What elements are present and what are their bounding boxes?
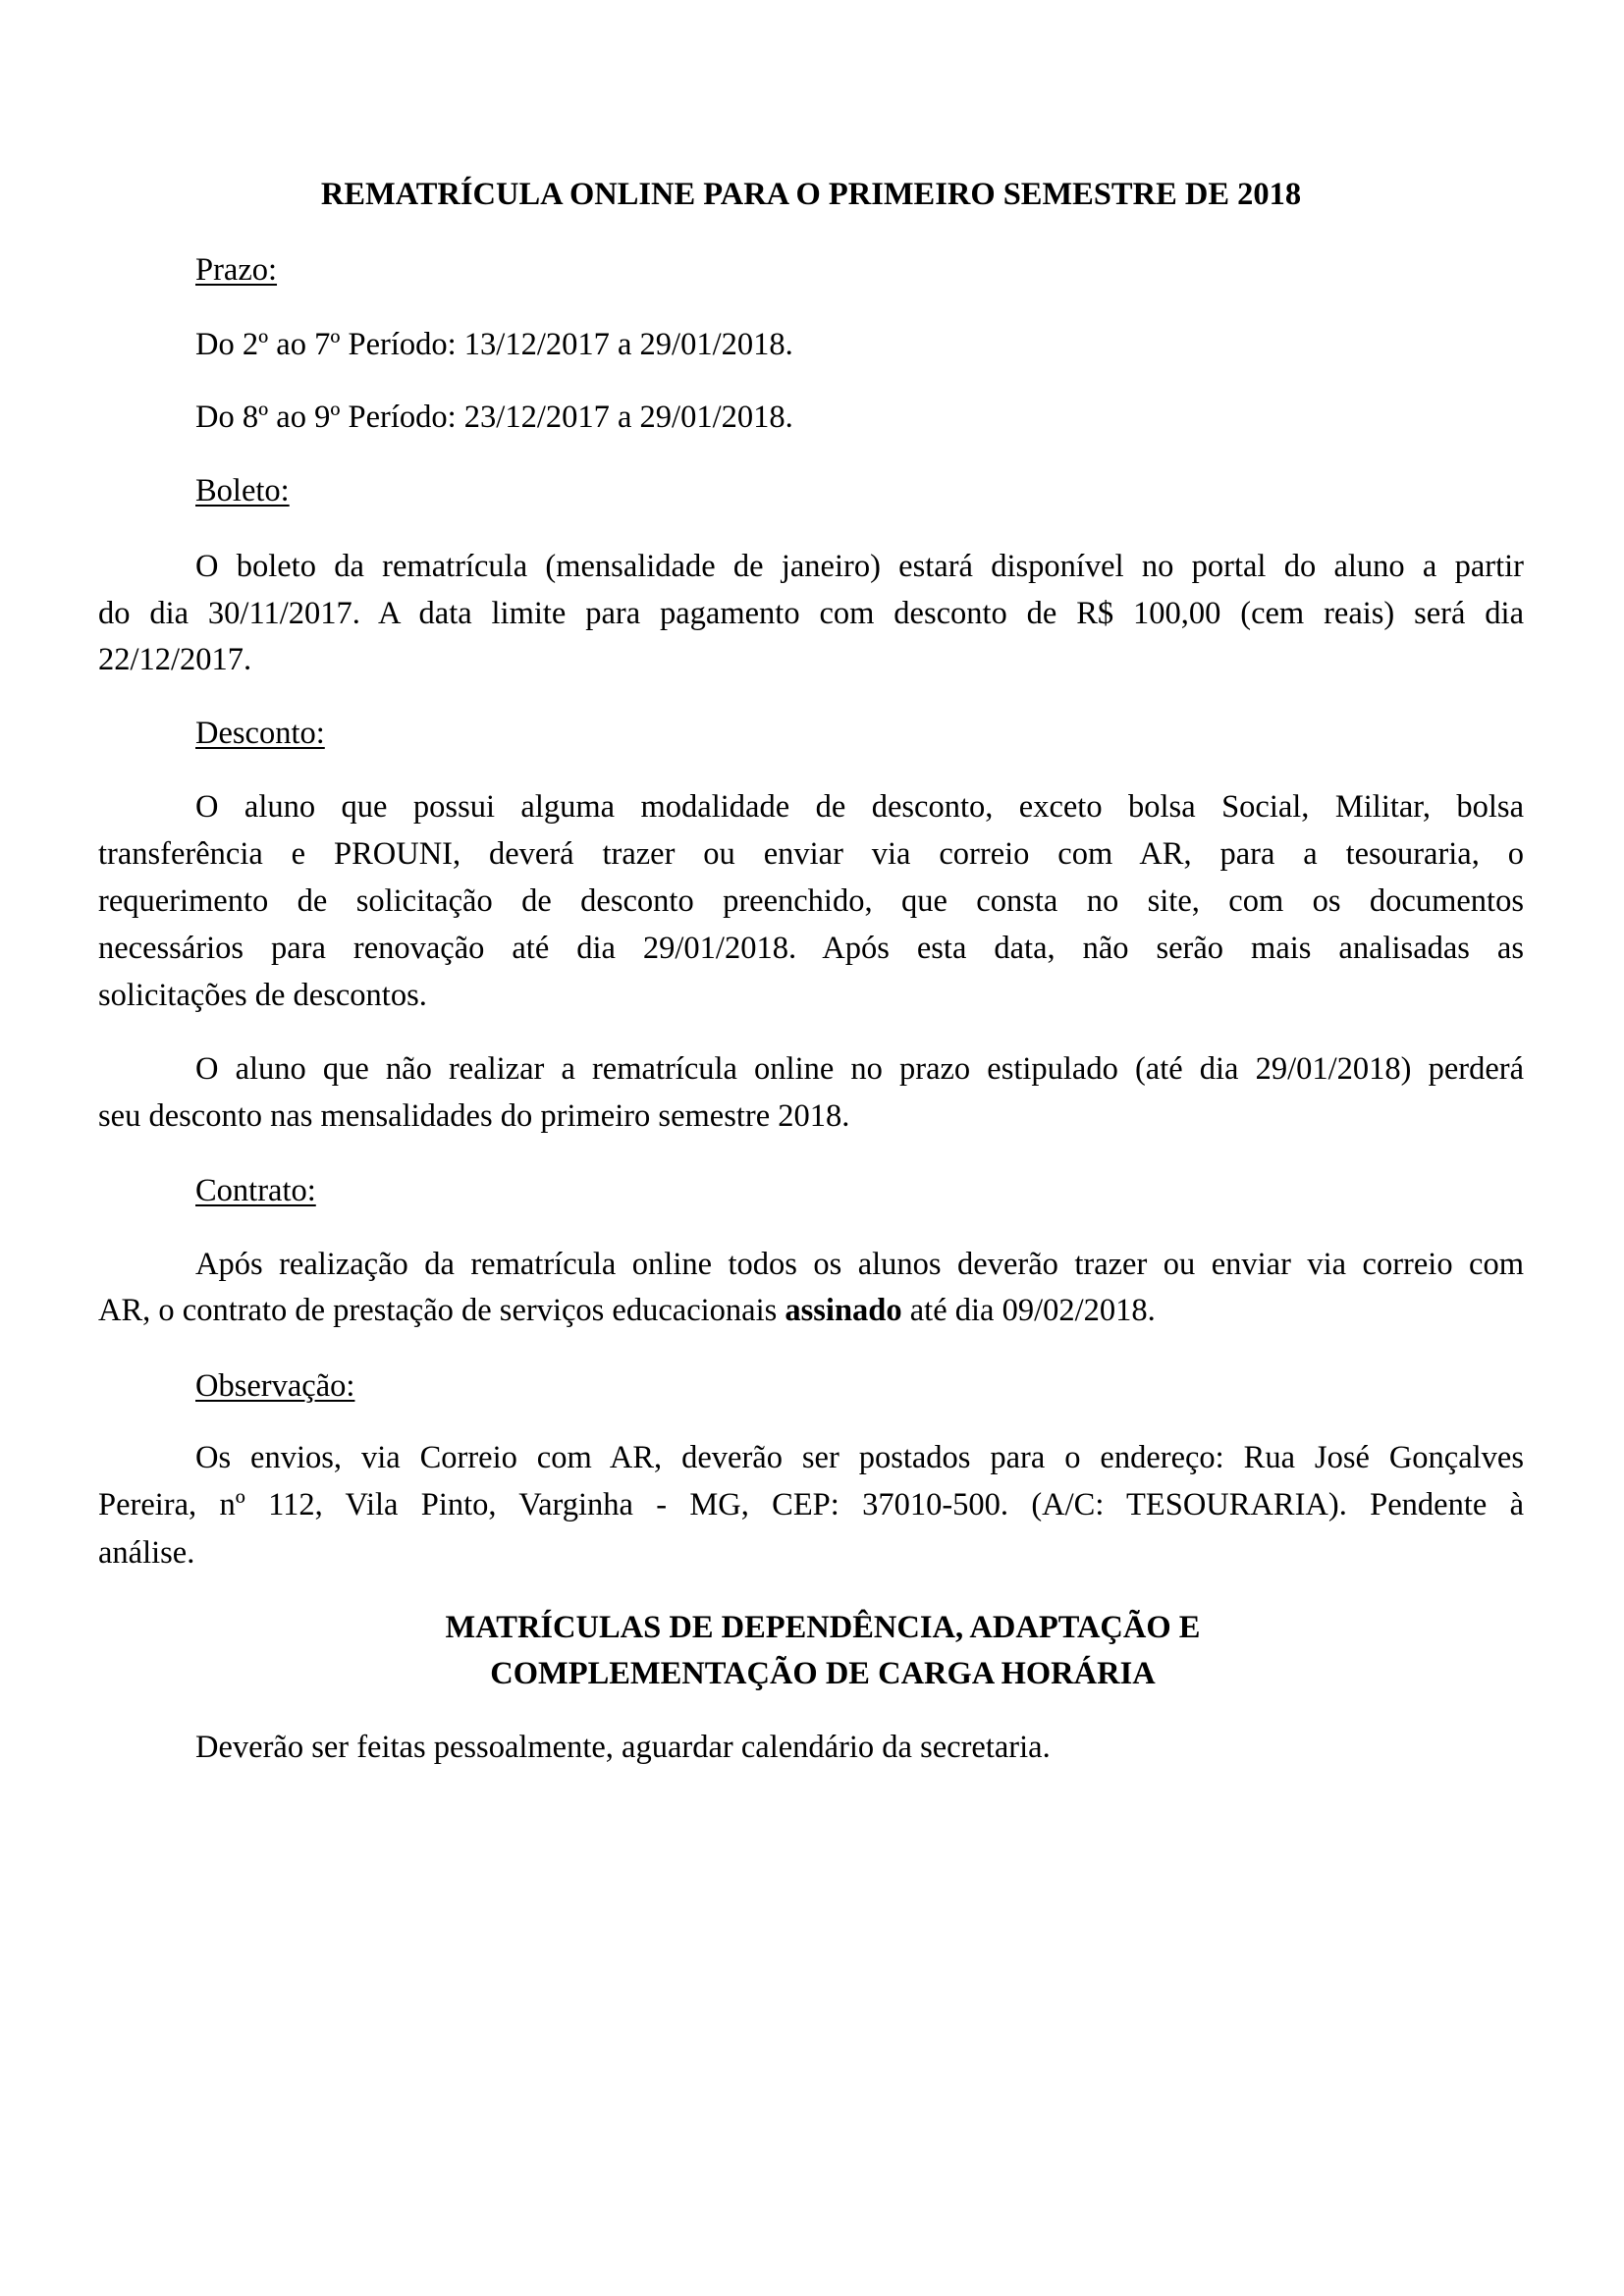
document-title: REMATRÍCULA ONLINE PARA O PRIMEIRO SEMES…: [98, 175, 1524, 214]
section-heading-contrato: Contrato:: [195, 1171, 316, 1210]
contrato-paragraph-line: AR, o contrato de prestação de serviços …: [98, 1291, 1156, 1330]
observacao-paragraph-line: Os envios, via Correio com AR, deverão s…: [195, 1438, 1524, 1477]
boleto-paragraph-line: O boleto da rematrícula (mensalidade de …: [195, 547, 1524, 586]
desconto-paragraph-line: O aluno que possui alguma modalidade de …: [195, 787, 1524, 827]
section-title-dependencia: COMPLEMENTAÇÃO DE CARGA HORÁRIA: [98, 1654, 1547, 1693]
desconto-paragraph2-line: seu desconto nas mensalidades do primeir…: [98, 1096, 849, 1136]
desconto-paragraph-line: requerimento de solicitação de desconto …: [98, 881, 1524, 921]
contrato-text: até dia 09/02/2018.: [902, 1293, 1156, 1328]
boleto-paragraph-line: do dia 30/11/2017. A data limite para pa…: [98, 594, 1524, 633]
section-heading-prazo: Prazo:: [195, 250, 277, 290]
section-heading-boleto: Boleto:: [195, 471, 290, 510]
contrato-text: AR, o contrato de prestação de serviços …: [98, 1293, 785, 1328]
observacao-paragraph-line: análise.: [98, 1533, 194, 1573]
desconto-paragraph2-line: O aluno que não realizar a rematrícula o…: [195, 1049, 1524, 1089]
prazo-line: Do 2º ao 7º Período: 13/12/2017 a 29/01/…: [195, 325, 793, 364]
desconto-paragraph-line: necessários para renovação até dia 29/01…: [98, 929, 1524, 968]
boleto-paragraph-line: 22/12/2017.: [98, 640, 251, 679]
closing-text: Deverão ser feitas pessoalmente, aguarda…: [195, 1728, 1051, 1767]
contrato-paragraph-line: Após realização da rematrícula online to…: [195, 1245, 1524, 1284]
observacao-paragraph-line: Pereira, nº 112, Vila Pinto, Varginha - …: [98, 1485, 1524, 1524]
section-heading-desconto: Desconto:: [195, 714, 325, 753]
contrato-emphasis: assinado: [785, 1293, 901, 1328]
section-title-dependencia: MATRÍCULAS DE DEPENDÊNCIA, ADAPTAÇÃO E: [98, 1608, 1547, 1647]
section-heading-observacao: Observação:: [195, 1366, 354, 1406]
desconto-paragraph-line: transferência e PROUNI, deverá trazer ou…: [98, 834, 1524, 874]
desconto-paragraph-line: solicitações de descontos.: [98, 976, 427, 1015]
prazo-line: Do 8º ao 9º Período: 23/12/2017 a 29/01/…: [195, 398, 793, 437]
